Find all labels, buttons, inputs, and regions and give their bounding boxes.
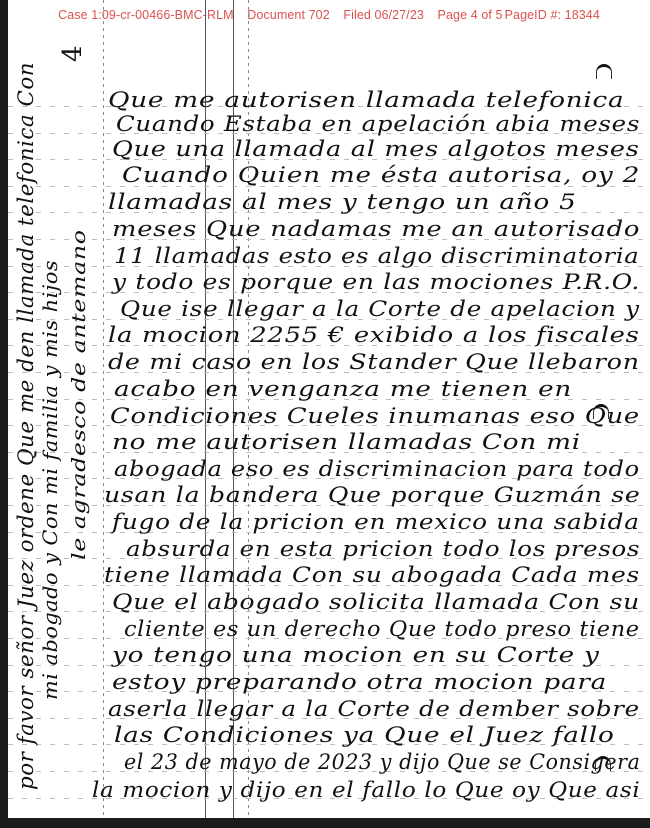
handwritten-line: no me autorisen llamadas Con mi	[112, 430, 581, 454]
margin-dashed-line	[103, 0, 104, 818]
document-number: Document 702	[247, 8, 330, 22]
handwritten-line: absurda en esta pricion todo los presos	[126, 537, 640, 561]
handwritten-line: de mi caso en los Stander Que llebaron	[108, 350, 640, 374]
handwritten-line: abogada eso es discriminacion para todo	[114, 457, 640, 481]
handwritten-line: y todo es porque en las mociones P.R.O.	[112, 270, 640, 294]
margin-note-line-2: mi abogado y Con mi familia y mis hijos	[38, 260, 62, 700]
handwritten-line: Que una llamada al mes algotos meses	[112, 137, 640, 161]
handwritten-line: cliente es un derecho Que todo preso tie…	[124, 617, 640, 641]
court-filing-header: Case 1:09-cr-00466-BMC-RLM Document 702 …	[8, 8, 650, 22]
handwritten-line: llamadas al mes y tengo un año 5	[108, 190, 577, 214]
handwritten-line: Cuando Estaba en apelación abia meses	[116, 112, 640, 136]
handwritten-line: Que me autorisen llamada telefonica	[108, 88, 624, 112]
handwritten-line: las Condiciones ya Que el Juez fallo	[114, 723, 615, 747]
handwritten-line: la mocion y dijo en el fallo lo Que oy Q…	[92, 778, 640, 802]
handwritten-line: 11 llamadas esto es algo discriminatoria	[114, 244, 639, 268]
handwritten-line: Cuando Quien me ésta autorisa, oy 2	[122, 163, 640, 187]
handwritten-page-number: 4	[58, 45, 88, 62]
handwritten-line: yo tengo una mocion en su Corte y	[112, 643, 600, 667]
handwritten-line: estoy preparando otra mocion para	[112, 670, 607, 694]
handwritten-line: fugo de la pricion en mexico una sabida	[112, 510, 640, 534]
margin-note-line-3: le agradesco de antemano	[68, 229, 90, 560]
handwritten-line: meses Que nadamas me an autorisado	[112, 217, 640, 241]
hole-punch-mark	[596, 64, 612, 79]
filed-date: Filed 06/27/23	[343, 8, 424, 22]
handwritten-line: Condiciones Cueles inumanas eso Que	[110, 404, 640, 428]
document-page: Case 1:09-cr-00466-BMC-RLM Document 702 …	[8, 0, 650, 818]
handwritten-line: la mocion 2255 € exibido a los fiscales	[108, 323, 640, 347]
handwritten-line: tiene llamada Con su abogada Cada mes	[104, 563, 640, 587]
handwritten-line: usan la bandera Que porque Guzmán se	[104, 483, 640, 507]
page-id: PageID #: 18344	[505, 8, 600, 22]
page-count: Page 4 of 5	[438, 8, 503, 22]
handwritten-line: aserla llegar a la Corte de dember sobre	[108, 697, 640, 721]
margin-note-line-1: por favor señor Juez ordene Que me den l…	[14, 15, 38, 790]
handwritten-line: Que ise llegar a la Corte de apelacion y	[120, 297, 640, 321]
handwritten-line: el 23 de mayo de 2023 y dijo Que se Cons…	[124, 750, 640, 774]
handwritten-line: Que el abogado solicita llamada Con su	[112, 590, 640, 614]
handwritten-line: acabo en venganza me tienen en	[114, 377, 572, 401]
case-number: Case 1:09-cr-00466-BMC-RLM	[58, 8, 234, 22]
